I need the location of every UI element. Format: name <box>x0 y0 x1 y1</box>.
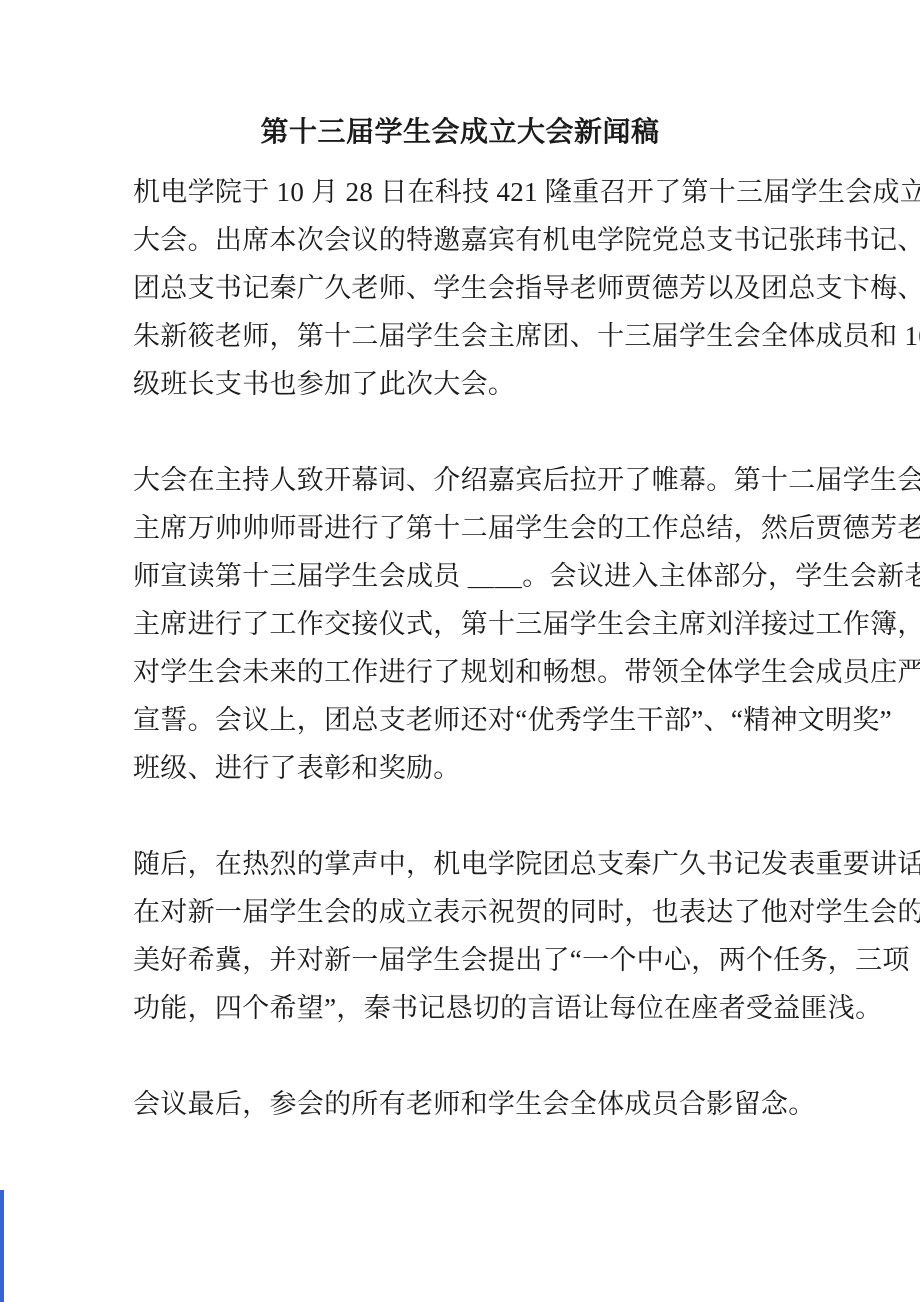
text-line: 宣誓。会议上，团总支老师还对“优秀学生干部”、“精神文明奖” <box>133 696 813 744</box>
text-line-with-blank: 师宣读第十三届学生会成员 ＿＿。会议进入主体部分，学生会新老 <box>133 552 813 600</box>
text-line: 功能，四个希望”，秦书记恳切的言语让每位在座者受益匪浅。 <box>133 984 813 1032</box>
text-line: 班级、进行了表彰和奖励。 <box>133 744 813 792</box>
text-line: 级班长支书也参加了此次大会。 <box>133 360 813 408</box>
document-title: 第十三届学生会成立大会新闻稿 <box>0 112 920 154</box>
document-body: 机电学院于 10 月 28 日在科技 421 隆重召开了第十三届学生会成立 大会… <box>133 168 813 1128</box>
paragraph-spacer <box>133 792 813 840</box>
paragraph-1: 机电学院于 10 月 28 日在科技 421 隆重召开了第十三届学生会成立 大会… <box>133 168 813 408</box>
text-line: 机电学院于 10 月 28 日在科技 421 隆重召开了第十三届学生会成立 <box>133 168 813 216</box>
paragraph-spacer <box>133 1032 813 1080</box>
text-line: 随后，在热烈的掌声中，机电学院团总支秦广久书记发表重要讲话， <box>133 840 813 888</box>
text-line: 主席进行了工作交接仪式，第十三届学生会主席刘洋接过工作簿， <box>133 600 813 648</box>
text-line: 对学生会未来的工作进行了规划和畅想。带领全体学生会成员庄严 <box>133 648 813 696</box>
text-line: 大会在主持人致开幕词、介绍嘉宾后拉开了帷幕。第十二届学生会 <box>133 456 813 504</box>
text-line: 大会。出席本次会议的特邀嘉宾有机电学院党总支书记张玮书记、 <box>133 216 813 264</box>
text-line: 团总支书记秦广久老师、学生会指导老师贾德芳以及团总支卞梅、 <box>133 264 813 312</box>
left-edge-artifact <box>0 1190 4 1302</box>
paragraph-4: 会议最后，参会的所有老师和学生会全体成员合影留念。 <box>133 1080 813 1128</box>
text-line: 会议最后，参会的所有老师和学生会全体成员合影留念。 <box>133 1080 813 1128</box>
text-line: 在对新一届学生会的成立表示祝贺的同时，也表达了他对学生会的 <box>133 888 813 936</box>
text-line: 美好希冀，并对新一届学生会提出了“一个中心，两个任务，三项 <box>133 936 813 984</box>
text-line: 主席万帅帅师哥进行了第十二届学生会的工作总结，然后贾德芳老 <box>133 504 813 552</box>
paragraph-spacer <box>133 408 813 456</box>
paragraph-2: 大会在主持人致开幕词、介绍嘉宾后拉开了帷幕。第十二届学生会 主席万帅帅师哥进行了… <box>133 456 813 792</box>
paragraph-3: 随后，在热烈的掌声中，机电学院团总支秦广久书记发表重要讲话， 在对新一届学生会的… <box>133 840 813 1032</box>
text-line: 朱新筱老师，第十二届学生会主席团、十三届学生会全体成员和 10 <box>133 312 813 360</box>
document-page: 第十三届学生会成立大会新闻稿 机电学院于 10 月 28 日在科技 421 隆重… <box>0 0 920 1302</box>
